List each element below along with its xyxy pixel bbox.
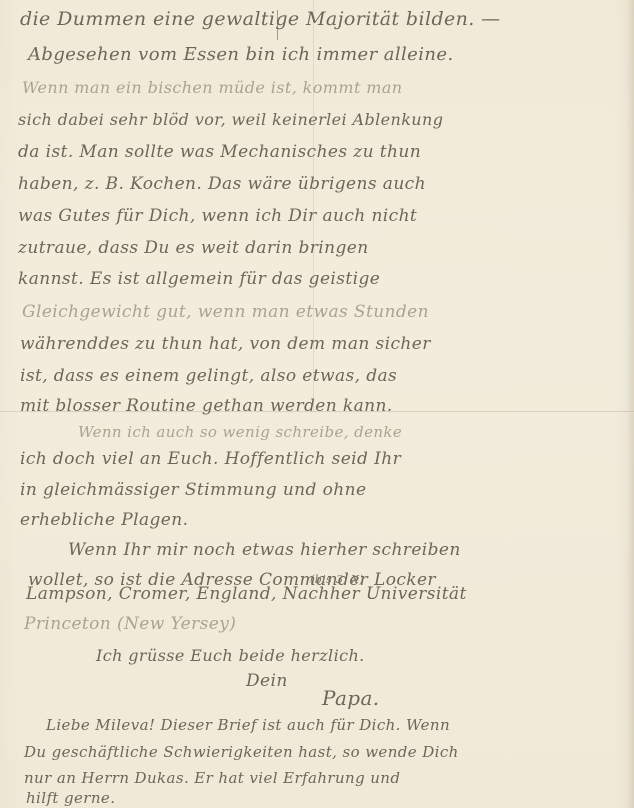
handwritten-line: da ist. Man sollte was Mechanisches zu t… — [18, 142, 421, 162]
handwritten-line-faded: Wenn ich auch so wenig schreibe, denke — [78, 423, 402, 441]
handwritten-line: Abgesehen vom Essen bin ich immer allein… — [28, 44, 454, 65]
handwritten-line: erhebliche Plagen. — [20, 510, 188, 530]
postscript-line: hilft gerne. — [26, 789, 115, 807]
handwritten-line: Gleichgewicht gut, wenn man etwas Stunde… — [22, 302, 429, 322]
handwritten-line: die Dummen eine gewaltige Majorität bild… — [20, 8, 501, 30]
signature-dein: Dein — [246, 671, 288, 691]
handwritten-line: kannst. Es ist allgemein für das geistig… — [18, 269, 380, 289]
paper-edge-shadow — [626, 0, 634, 808]
postscript-line: nur an Herrn Dukas. Er hat viel Erfahrun… — [24, 769, 400, 787]
handwritten-line: Wenn man ein bischen müde ist, kommt man — [22, 78, 402, 97]
signature-papa: Papa. — [322, 686, 380, 710]
handwritten-line: ich doch viel an Euch. Hoffentlich seid … — [20, 449, 401, 469]
handwritten-line: Princeton (New Yersey) — [24, 614, 236, 634]
handwritten-line: zutraue, dass Du es weit darin bringen — [18, 238, 369, 258]
handwritten-line: ist, dass es einem gelingt, also etwas, … — [20, 366, 397, 386]
handwritten-line: währenddes zu thun hat, von dem man sich… — [20, 334, 431, 354]
postscript-line: Liebe Mileva! Dieser Brief ist auch für … — [46, 716, 450, 734]
handwritten-line: haben, z. B. Kochen. Das wäre übrigens a… — [18, 174, 426, 194]
handwritten-line: was Gutes für Dich, wenn ich Dir auch ni… — [18, 206, 417, 226]
handwritten-line: Wenn Ihr mir noch etwas hierher schreibe… — [68, 540, 461, 560]
handwritten-line: sich dabei sehr blöd vor, weil keinerlei… — [18, 110, 443, 129]
handwritten-line: mit blosser Routine gethan werden kann. — [20, 396, 393, 416]
letter-page: die Dummen eine gewaltige Majorität bild… — [0, 0, 634, 808]
handwritten-line: Lampson, Cromer, England, Nachher Univer… — [26, 584, 467, 604]
postscript-line: Du geschäftliche Schwierigkeiten hast, s… — [24, 743, 459, 761]
handwritten-line: in gleichmässiger Stimmung und ohne — [20, 480, 366, 500]
closing-greeting: Ich grüsse Euch beide herzlich. — [96, 646, 365, 665]
